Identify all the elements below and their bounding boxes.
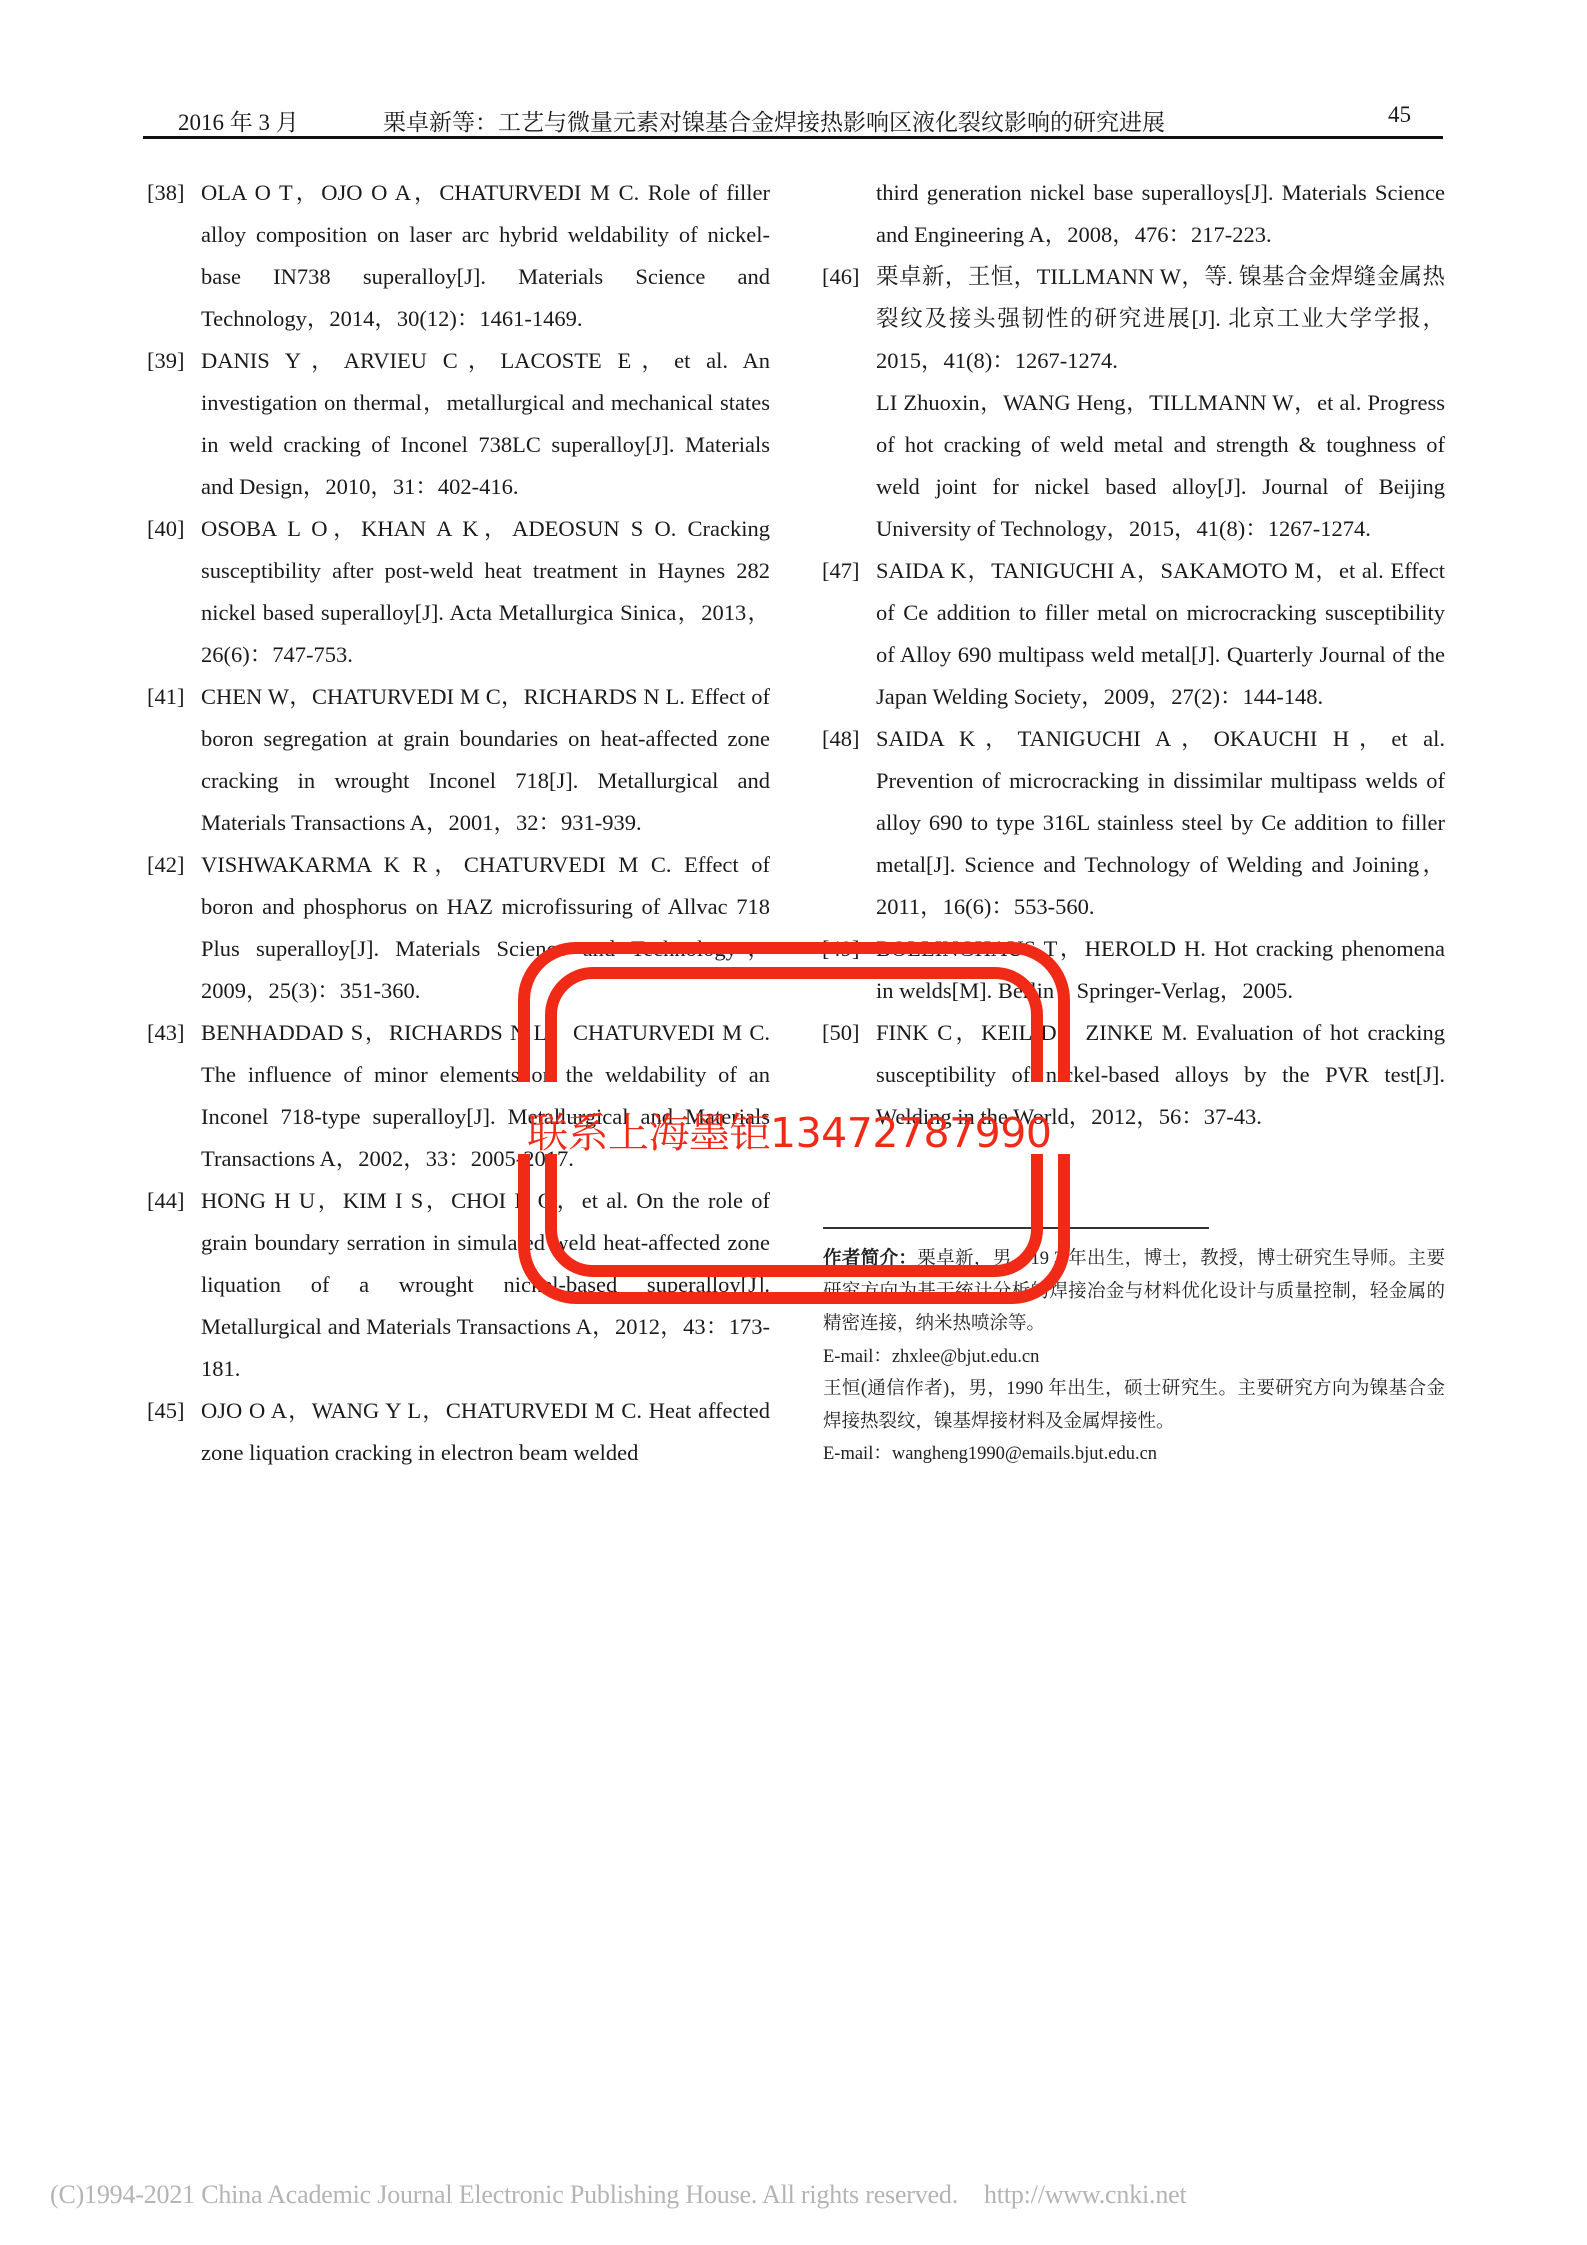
reference-item: [42]VISHWAKARMA K R，CHATURVEDI M C. Effe… [147, 844, 770, 1012]
header-rule [143, 136, 1443, 139]
author1-email: E-mail：zhxlee@bjut.edu.cn [823, 1341, 1445, 1374]
reference-text: OJO O A，WANG Y L，CHATURVEDI M C. Heat af… [201, 1398, 770, 1465]
reference-number: [42] [147, 844, 185, 886]
reference-item: [45]OJO O A，WANG Y L，CHATURVEDI M C. Hea… [147, 1390, 770, 1474]
reference-number: [49] [822, 928, 860, 970]
reference-text: HONG H U，KIM I S，CHOI B G，et al. On the … [201, 1188, 770, 1381]
cnki-url: http://www.cnki.net [984, 2180, 1187, 2209]
author-introduction: 作者简介：栗卓新，男，19 3 年出生，博士，教授，博士研究生导师。主要研究方向… [823, 1243, 1445, 1471]
reference-text: OLA O T，OJO O A，CHATURVEDI M C. Role of … [201, 180, 770, 331]
copyright-text: (C)1994-2021 China Academic Journal Elec… [50, 2180, 958, 2209]
reference-item: [47]SAIDA K，TANIGUCHI A，SAKAMOTO M，et al… [822, 550, 1445, 718]
reference-item: [50]FINK C，KEIL D，ZINKE M. Evaluation of… [822, 1012, 1445, 1138]
reference-item: [43]BENHADDAD S，RICHARDS N L，CHATURVEDI … [147, 1012, 770, 1180]
reference-number: [45] [147, 1390, 185, 1432]
reference-item: [39]DANIS Y，ARVIEU C，LACOSTE E，et al. An… [147, 340, 770, 508]
references-left-column: [38]OLA O T，OJO O A，CHATURVEDI M C. Role… [147, 172, 770, 1474]
reference-number: [48] [822, 718, 860, 760]
reference-text: SAIDA K，TANIGUCHI A，OKAUCHI H，et al. Pre… [876, 726, 1445, 919]
reference-text: DANIS Y，ARVIEU C，LACOSTE E，et al. An inv… [201, 348, 770, 499]
page-number: 45 [1388, 102, 1411, 128]
reference-item: [40]OSOBA L O，KHAN A K，ADEOSUN S O. Crac… [147, 508, 770, 676]
reference-text: OSOBA L O，KHAN A K，ADEOSUN S O. Cracking… [201, 516, 770, 667]
author1-bio: 作者简介：栗卓新，男，19 3 年出生，博士，教授，博士研究生导师。主要研究方向… [823, 1243, 1445, 1341]
reference-text: VISHWAKARMA K R，CHATURVEDI M C. Effect o… [201, 852, 770, 1003]
reference-item: [41]CHEN W，CHATURVEDI M C，RICHARDS N L. … [147, 676, 770, 844]
reference-translation: LI Zhuoxin，WANG Heng，TILLMANN W，et al. P… [822, 382, 1445, 550]
reference-item: [46]栗卓新，王恒，TILLMANN W，等. 镍基合金焊缝金属热裂纹及接头强… [822, 256, 1445, 382]
reference-text: 栗卓新，王恒，TILLMANN W，等. 镍基合金焊缝金属热裂纹及接头强韧性的研… [876, 264, 1445, 373]
author-intro-label: 作者简介： [823, 1249, 917, 1269]
reference-item: [44]HONG H U，KIM I S，CHOI B G，et al. On … [147, 1180, 770, 1390]
reference-number: [46] [822, 256, 860, 298]
reference-number: [44] [147, 1180, 185, 1222]
reference-number: [38] [147, 172, 185, 214]
reference-number: [43] [147, 1012, 185, 1054]
reference-continuation: third generation nickel base superalloys… [822, 172, 1445, 256]
running-title: 栗卓新等：工艺与微量元素对镍基合金焊接热影响区液化裂纹影响的研究进展 [383, 104, 1165, 137]
reference-text: BENHADDAD S，RICHARDS N L，CHATURVEDI M C.… [201, 1020, 770, 1171]
reference-number: [50] [822, 1012, 860, 1054]
issue-date: 2016 年 3 月 [178, 104, 299, 137]
reference-item: [48]SAIDA K，TANIGUCHI A，OKAUCHI H，et al.… [822, 718, 1445, 928]
reference-number: [40] [147, 508, 185, 550]
reference-number: [47] [822, 550, 860, 592]
copyright-footer: (C)1994-2021 China Academic Journal Elec… [50, 2180, 1187, 2210]
author2-bio: 王恒(通信作者)，男，1990 年出生，硕士研究生。主要研究方向为镍基合金焊接热… [823, 1373, 1445, 1438]
reference-text: CHEN W，CHATURVEDI M C，RICHARDS N L. Effe… [201, 684, 770, 835]
reference-item: [49]BOLLINGHAUS T，HEROLD H. Hot cracking… [822, 928, 1445, 1012]
reference-number: [41] [147, 676, 185, 718]
reference-text: SAIDA K，TANIGUCHI A，SAKAMOTO M，et al. Ef… [876, 558, 1445, 709]
reference-text: FINK C，KEIL D，ZINKE M. Evaluation of hot… [876, 1020, 1445, 1129]
reference-item: [38]OLA O T，OJO O A，CHATURVEDI M C. Role… [147, 172, 770, 340]
author2-email: E-mail：wangheng1990@emails.bjut.edu.cn [823, 1438, 1445, 1471]
reference-number: [39] [147, 340, 185, 382]
footnote-rule [823, 1227, 1209, 1229]
reference-text: BOLLINGHAUS T，HEROLD H. Hot cracking phe… [876, 936, 1445, 1003]
references-right-column: third generation nickel base superalloys… [822, 172, 1445, 1138]
